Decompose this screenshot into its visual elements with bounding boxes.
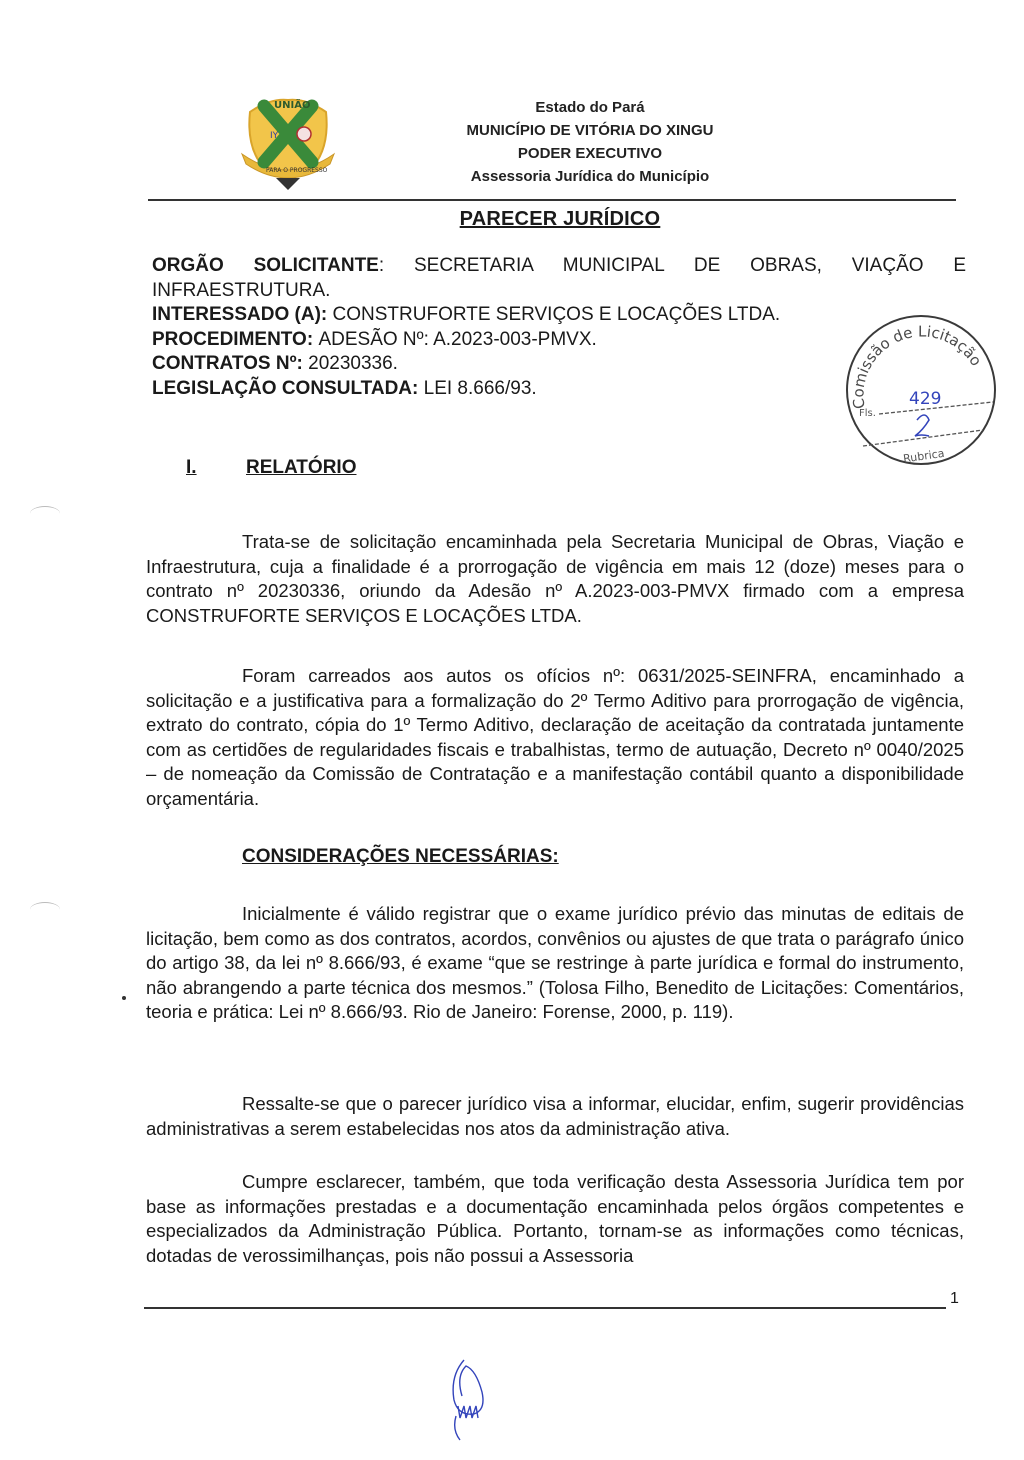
paragraph: Ressalte-se que o parecer jurídico visa …: [146, 1092, 964, 1141]
svg-text:PARA O PROGRESSO: PARA O PROGRESSO: [266, 167, 328, 174]
procedimento-label: PROCEDIMENTO:: [152, 329, 313, 350]
header-divider: [148, 199, 956, 201]
paragraph: Inicialmente é válido registrar que o ex…: [146, 902, 964, 1025]
scan-punch-mark: [30, 902, 60, 917]
orgao-value-continued: INFRAESTRUTURA.: [152, 279, 968, 304]
section-title-consideracoes: CONSIDERAÇÕES NECESSÁRIAS:: [242, 846, 559, 868]
header-branch: PODER EXECUTIVO: [380, 142, 800, 165]
stamp-fls-label: Fls.: [859, 408, 876, 419]
page-number: 1: [950, 1290, 959, 1308]
paragraph: Trata-se de solicitação encaminhada pela…: [146, 530, 964, 628]
interessado-label: INTERESSADO (A):: [152, 304, 327, 325]
scan-punch-mark: [30, 506, 60, 521]
interessado-value: CONSTRUFORTE SERVIÇOS E LOCAÇÕES LTDA.: [333, 304, 781, 325]
scan-speck: [122, 996, 126, 1000]
section-title-relatorio: RELATÓRIO: [246, 457, 356, 479]
signature-initials-icon: [448, 1356, 500, 1442]
stamp-page-number: 429: [909, 389, 941, 409]
contratos-value: 20230336.: [308, 353, 398, 374]
municipal-coat-of-arms-icon: IY UNIÃO PARA O PROGRESSO: [236, 90, 340, 190]
legislacao-label: LEGISLAÇÃO CONSULTADA:: [152, 378, 418, 399]
footer-divider: [144, 1307, 946, 1309]
header-department: Assessoria Jurídica do Município: [380, 165, 800, 188]
section-number: I.: [186, 457, 197, 479]
letterhead: Estado do Pará MUNICÍPIO DE VITÓRIA DO X…: [380, 96, 800, 188]
legislacao-value: LEI 8.666/93.: [424, 378, 537, 399]
paragraph: Cumpre esclarecer, também, que toda veri…: [146, 1170, 964, 1268]
orgao-label: ORGÃO SOLICITANTE: [152, 255, 379, 276]
contratos-label: CONTRATOS Nº:: [152, 353, 303, 374]
header-state: Estado do Pará: [380, 96, 800, 119]
procedimento-value: ADESÃO Nº: A.2023-003-PMVX.: [318, 329, 596, 350]
orgao-value: SECRETARIA MUNICIPAL DE OBRAS, VIAÇÃO E: [414, 255, 966, 276]
svg-text:UNIÃO: UNIÃO: [274, 98, 310, 111]
svg-text:IY: IY: [270, 131, 279, 141]
paragraph: Foram carreados aos autos os ofícios nº:…: [146, 664, 964, 812]
document-title: PARECER JURÍDICO: [0, 208, 1024, 231]
header-municipality: MUNICÍPIO DE VITÓRIA DO XINGU: [380, 119, 800, 142]
licitacao-stamp: Comissão de Licitação Fls. 429 Rubrica: [843, 312, 999, 468]
orgao-solicitante-row: ORGÃO SOLICITANTE: SECRETARIA MUNICIPAL …: [152, 254, 966, 279]
